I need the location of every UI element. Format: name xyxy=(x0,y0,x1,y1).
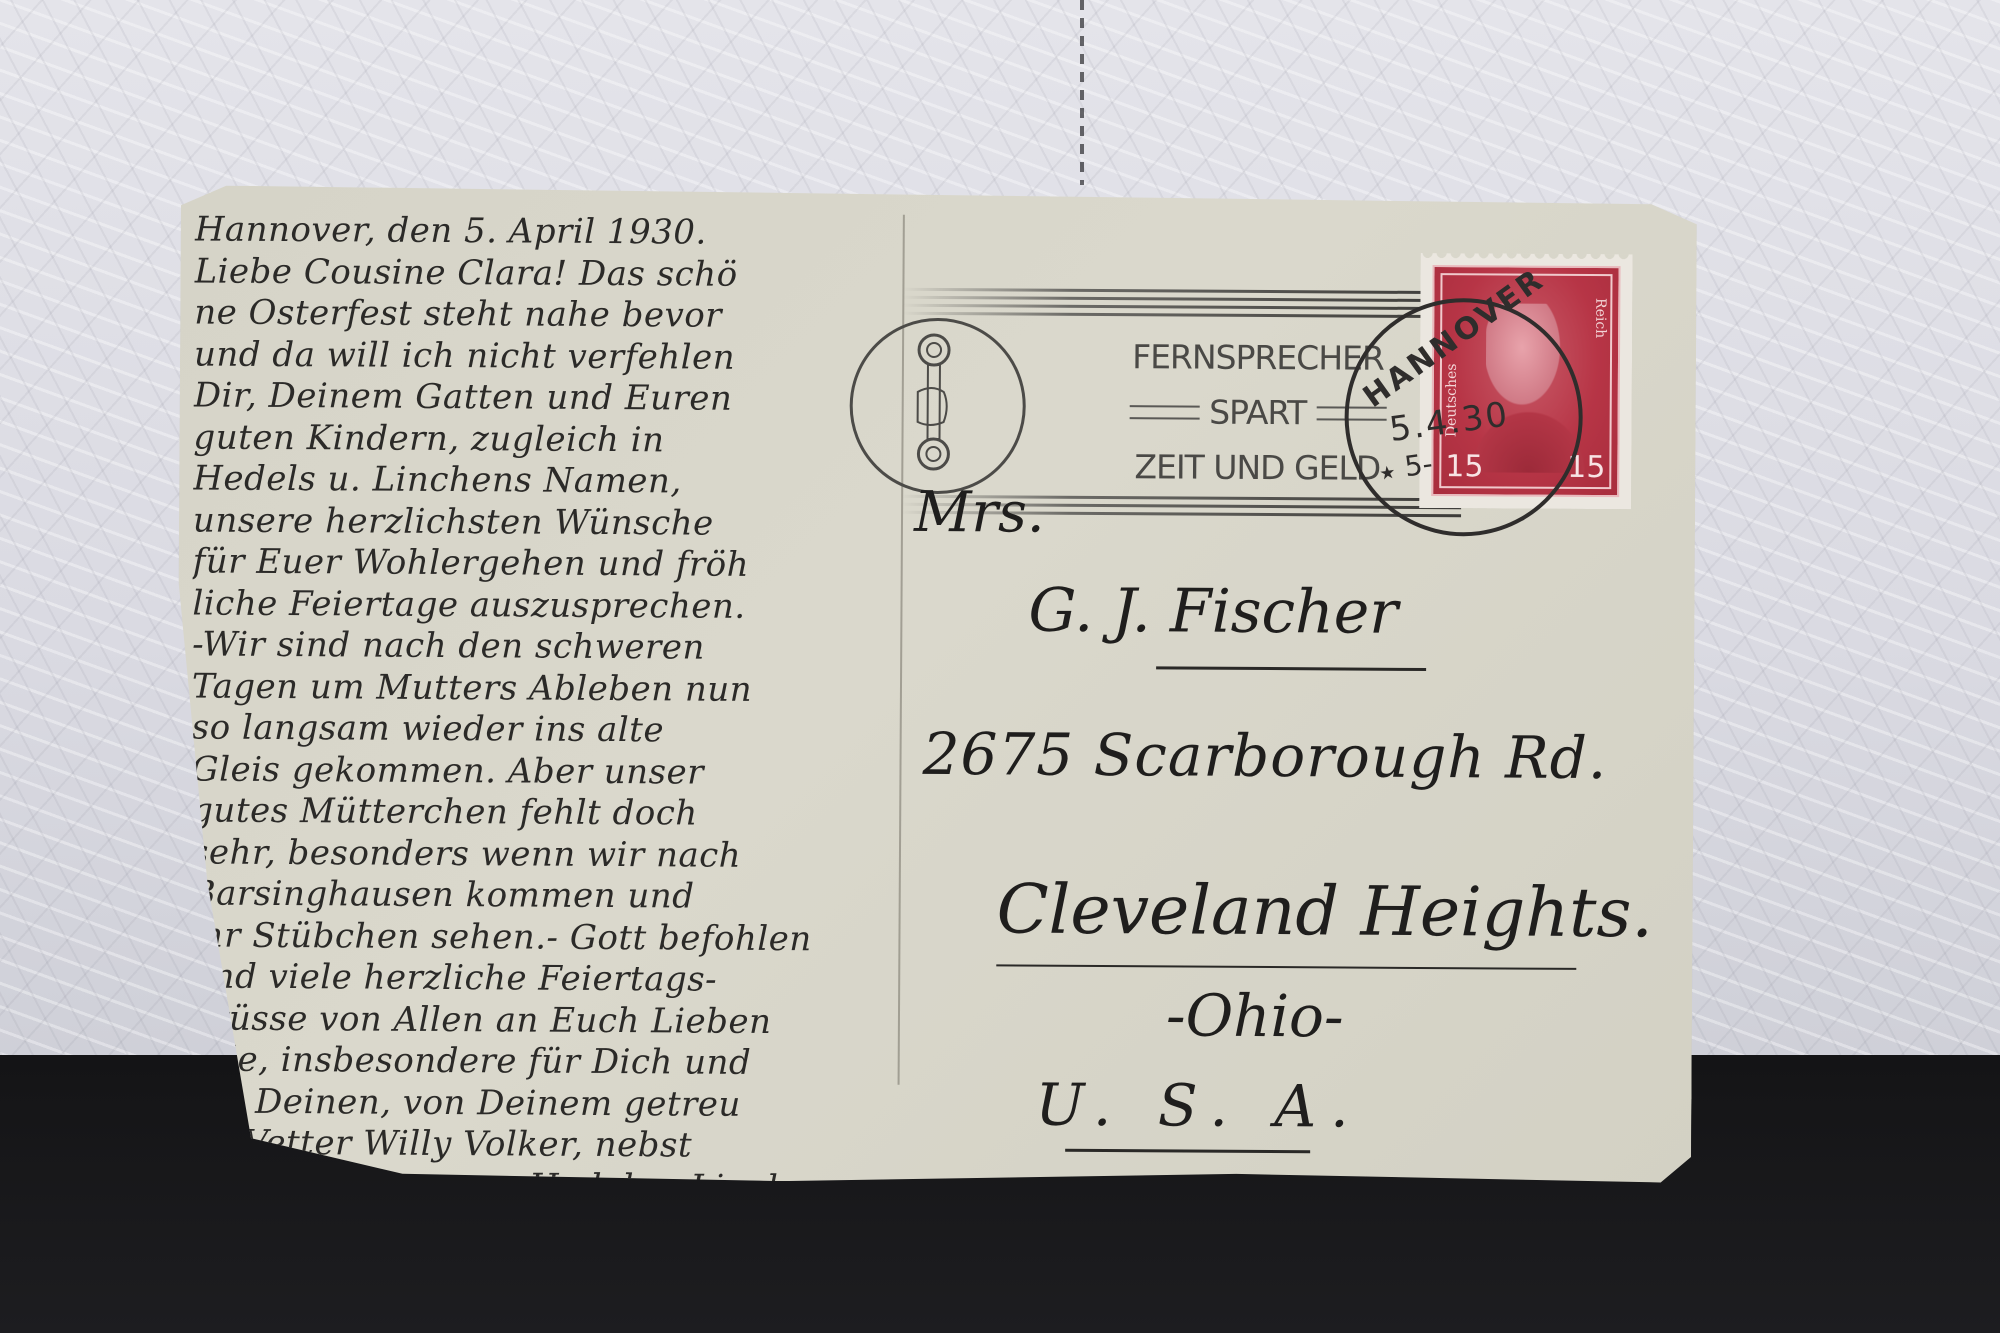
address-state: -Ohio- xyxy=(1166,981,1344,1050)
message-line: sehr, besonders wenn wir nach xyxy=(191,832,896,878)
message-line: grüsse von Allen an Euch Lieben xyxy=(190,998,895,1044)
message-line: guten Kindern, zugleich in xyxy=(193,417,898,463)
postcard: Hannover, den 5. April 1930. Liebe Cousi… xyxy=(175,185,1697,1186)
address-name: G. J. Fischer xyxy=(1028,576,1398,648)
message-line: Dir, Deinem Gatten und Euren xyxy=(194,375,899,421)
address-block: Mrs. G. J. Fischer 2675 Scarborough Rd. … xyxy=(895,190,1681,1185)
city-underline xyxy=(996,964,1576,970)
message-line: die Deinen, von Deinem getreu xyxy=(189,1081,894,1127)
message-line: Hannover, den 5. April 1930. xyxy=(195,209,900,255)
message-line: Alle, insbesondere für Dich und xyxy=(190,1039,895,1085)
message-line: Tagen um Mutters Ableben nun xyxy=(192,666,897,712)
address-city: Cleveland Heights. xyxy=(996,870,1653,953)
message-line: Liebe Cousine Clara! Das schö xyxy=(194,251,899,297)
address-title: Mrs. xyxy=(914,480,1045,546)
country-underline xyxy=(1065,1149,1310,1153)
message-line: Hedels u. Linchens Namen, xyxy=(193,458,898,504)
wall-seam xyxy=(1080,0,1084,185)
address-street: 2675 Scarborough Rd. xyxy=(922,720,1607,792)
message-line: -Wir sind nach den schweren xyxy=(192,624,897,670)
message-line: liche Feiertage auszusprechen. xyxy=(192,583,897,629)
handwritten-message: Hannover, den 5. April 1930. Liebe Cousi… xyxy=(189,209,900,1209)
message-line: und da will ich nicht verfehlen xyxy=(194,334,899,380)
address-country: U. S. A. xyxy=(1035,1071,1363,1141)
message-line: für Euer Wohlergehen und fröh xyxy=(193,541,898,587)
message-line: ne Osterfest steht nahe bevor xyxy=(194,292,899,338)
message-line: Gleis gekommen. Aber unser xyxy=(191,749,896,795)
message-line: Barsinghausen kommen und xyxy=(191,873,896,919)
message-line: gutes Mütterchen fehlt doch xyxy=(191,790,896,836)
message-line: so langsam wieder ins alte xyxy=(192,707,897,753)
message-line: unsere herzlichsten Wünsche xyxy=(193,500,898,546)
name-underline xyxy=(1156,666,1426,671)
message-line: ihr Stübchen sehen.- Gott befohlen xyxy=(190,915,895,961)
message-line: und viele herzliche Feiertags- xyxy=(190,956,895,1002)
